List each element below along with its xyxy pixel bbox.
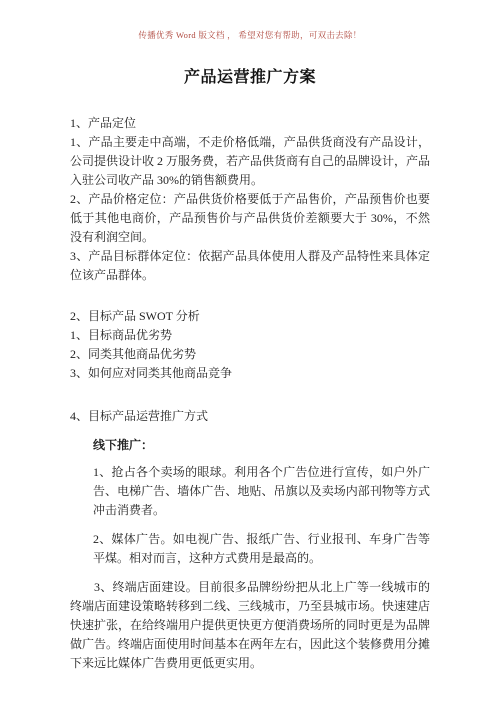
document-body: 1、产品定位 1、产品主要走中高端，不走价格低端，产品供货商没有产品设计，公司提… — [70, 114, 430, 673]
section-1-paragraph-pricing-design: 1、产品主要走中高端，不走价格低端，产品供货商没有产品设计，公司提供设计收 2 … — [70, 133, 430, 190]
section-product-positioning: 1、产品定位 1、产品主要走中高端，不走价格低端，产品供货商没有产品设计，公司提… — [70, 114, 430, 285]
document-page: 传播优秀 Word 版文档 ， 希望对您有帮助，可双击去除！ 产品运营推广方案 … — [0, 0, 500, 708]
section-1-paragraph-price-positioning: 2、产品价格定位：产品供货价格要低于产品售价，产品预售价也要低于其他电商价，产品… — [70, 190, 430, 247]
section-2-item-competitor-products: 2、同类其他商品优劣势 — [70, 345, 430, 364]
section-2-item-competition-response: 3、如何应对同类其他商品竞争 — [70, 364, 430, 383]
removable-watermark-note[interactable]: 传播优秀 Word 版文档 ， 希望对您有帮助，可双击去除！ — [0, 30, 500, 41]
section-1-paragraph-target-group: 3、产品目标群体定位：依据产品具体使用人群及产品特性来具体定位该产品群体。 — [70, 247, 430, 285]
section-2-heading: 2、目标产品 SWOT 分析 — [70, 307, 430, 326]
section-4-paragraph-retail-stores: 3、终端店面建设。目前很多品牌纷纷把从北上广等一线城市的终端店面建设策略转移到二… — [70, 578, 430, 673]
section-1-heading: 1、产品定位 — [70, 114, 430, 133]
section-2-item-own-product: 1、目标商品优劣势 — [70, 326, 430, 345]
offline-promotion-subheading: 线下推广： — [93, 436, 430, 455]
section-4-heading: 4、目标产品运营推广方式 — [70, 407, 430, 426]
section-swot-analysis: 2、目标产品 SWOT 分析 1、目标商品优劣势 2、同类其他商品优劣势 3、如… — [70, 307, 430, 383]
section-4-paragraph-store-ads: 1、抢占各个卖场的眼球。利用各个广告位进行宣传，如户外广告、电梯广告、墙体广告、… — [93, 463, 430, 520]
section-promotion-methods: 4、目标产品运营推广方式 线下推广： 1、抢占各个卖场的眼球。利用各个广告位进行… — [70, 407, 430, 673]
document-title: 产品运营推广方案 — [0, 67, 500, 89]
section-4-paragraph-media-ads: 2、媒体广告。如电视广告、报纸广告、行业报刊、车身广告等平煤。相对而言，这种方式… — [93, 530, 430, 568]
